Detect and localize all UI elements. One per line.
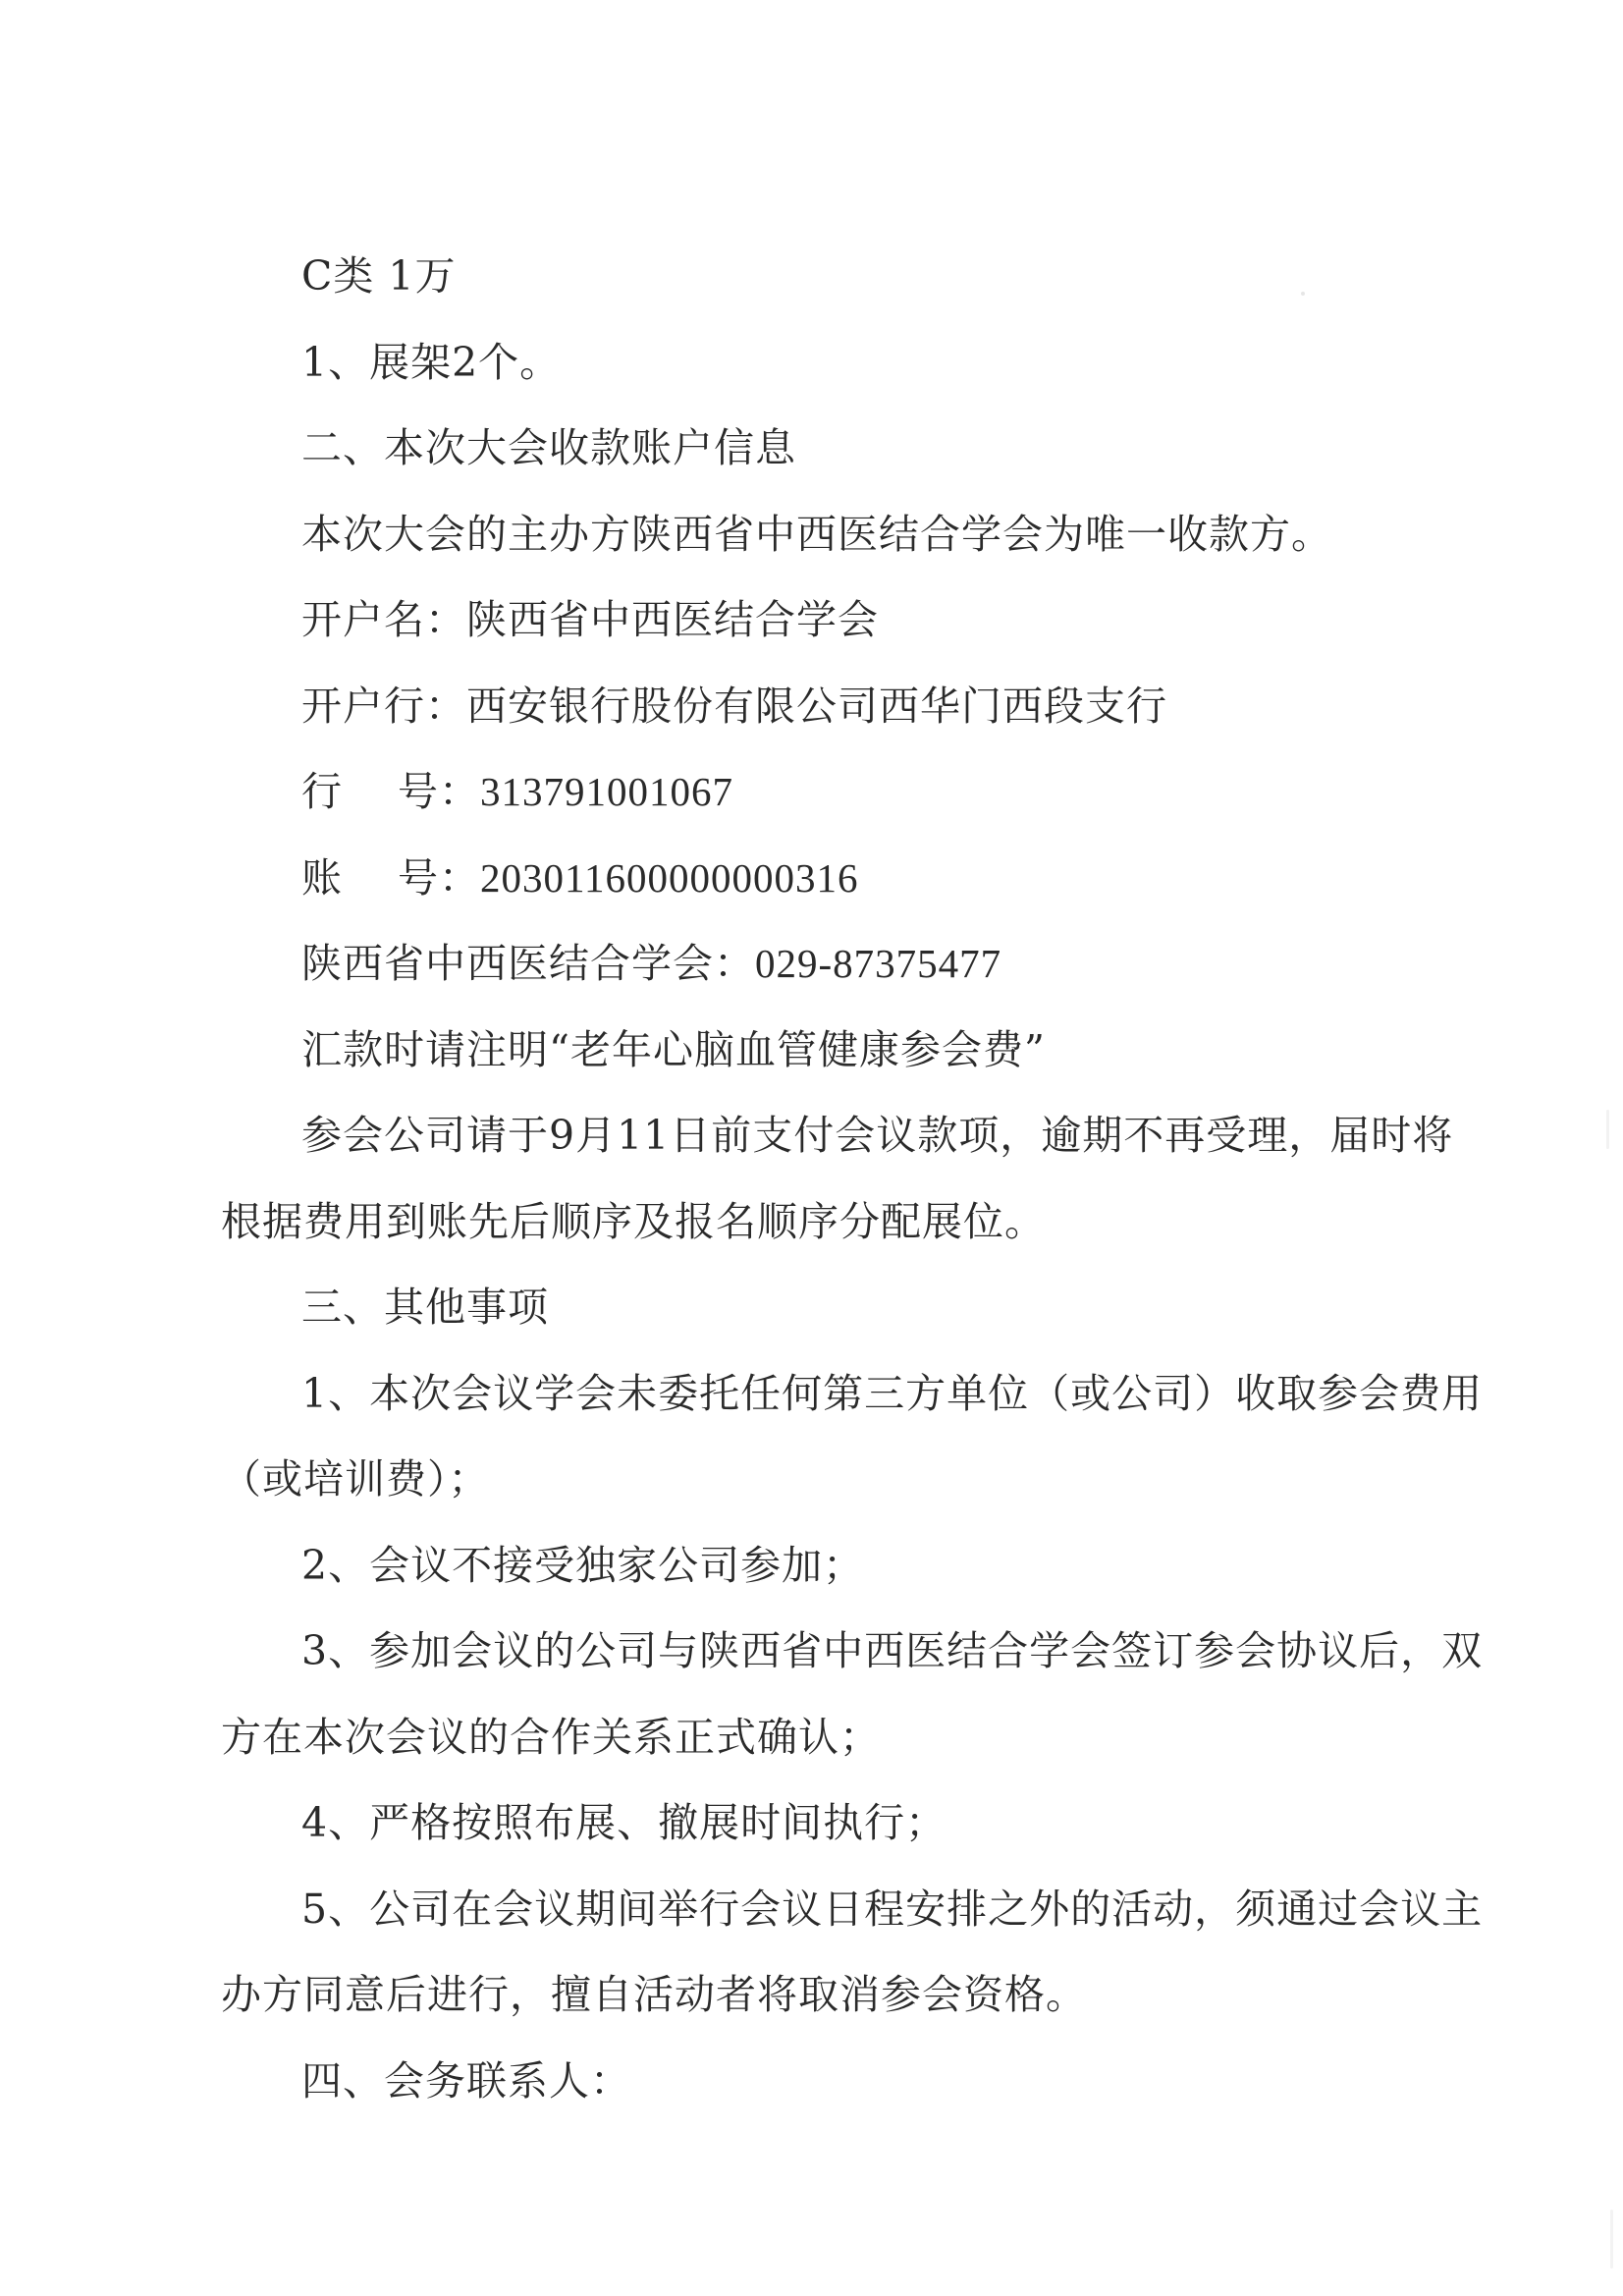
- other-item-4: 4、严格按照布展、撤展时间执行；: [221, 1780, 1372, 1867]
- bank-code-label: 行 号：: [301, 768, 480, 815]
- other-matters-heading: 三、其他事项: [221, 1265, 1372, 1351]
- booth-item-line: 1、展架2个。: [221, 320, 1372, 407]
- document-page: C类 1万 1、展架2个。 二、本次大会收款账户信息 本次大会的主办方陕西省中西…: [221, 234, 1372, 2124]
- other-item-5-line-1: 5、公司在会议期间举行会议日程安排之外的活动，须通过会议主: [221, 1867, 1372, 1953]
- account-number-label: 账 号：: [301, 854, 480, 902]
- other-item-1-line-2: （或培训费）；: [221, 1437, 1372, 1523]
- other-item-5-line-2: 办方同意后进行，擅自活动者将取消参会资格。: [221, 1952, 1372, 2039]
- other-item-3-line-1: 3、参加会议的公司与陕西省中西医结合学会签订参会协议后，双: [221, 1609, 1372, 1695]
- deadline-paragraph-line-1: 参会公司请于9月11日前支付会议款项，逾期不再受理，届时将: [221, 1093, 1372, 1179]
- account-number-value: 203011600000000316: [480, 855, 858, 901]
- other-item-1-line-1: 1、本次会议学会未委托任何第三方单位（或公司）收取参会费用: [221, 1351, 1372, 1438]
- bank-code-value: 313791001067: [480, 769, 733, 814]
- booth-category-line: C类 1万: [221, 234, 1372, 320]
- contacts-heading: 四、会务联系人：: [221, 2039, 1372, 2125]
- payee-statement: 本次大会的主办方陕西省中西医结合学会为唯一收款方。: [221, 492, 1372, 578]
- other-item-3-line-2: 方在本次会议的合作关系正式确认；: [221, 1695, 1372, 1781]
- account-number-line: 账 号：203011600000000316: [221, 836, 1372, 922]
- remittance-note: 汇款时请注明“老年心脑血管健康参会费”: [221, 1008, 1372, 1094]
- account-name-line: 开户名：陕西省中西医结合学会: [221, 577, 1372, 664]
- scan-speck: [1610, 2210, 1613, 2269]
- bank-code-line: 行 号：313791001067: [221, 749, 1372, 836]
- deadline-paragraph-line-2: 根据费用到账先后顺序及报名顺序分配展位。: [221, 1179, 1372, 1266]
- scan-speck: [1301, 292, 1305, 296]
- phone-label: 陕西省中西医结合学会：: [301, 940, 755, 987]
- phone-value: 029-87375477: [755, 941, 1001, 986]
- other-item-2: 2、会议不接受独家公司参加；: [221, 1523, 1372, 1610]
- phone-line: 陕西省中西医结合学会：029-87375477: [221, 921, 1372, 1008]
- scan-speck: [1606, 1110, 1609, 1149]
- bank-line: 开户行：西安银行股份有限公司西华门西段支行: [221, 664, 1372, 750]
- payment-section-heading: 二、本次大会收款账户信息: [221, 406, 1372, 492]
